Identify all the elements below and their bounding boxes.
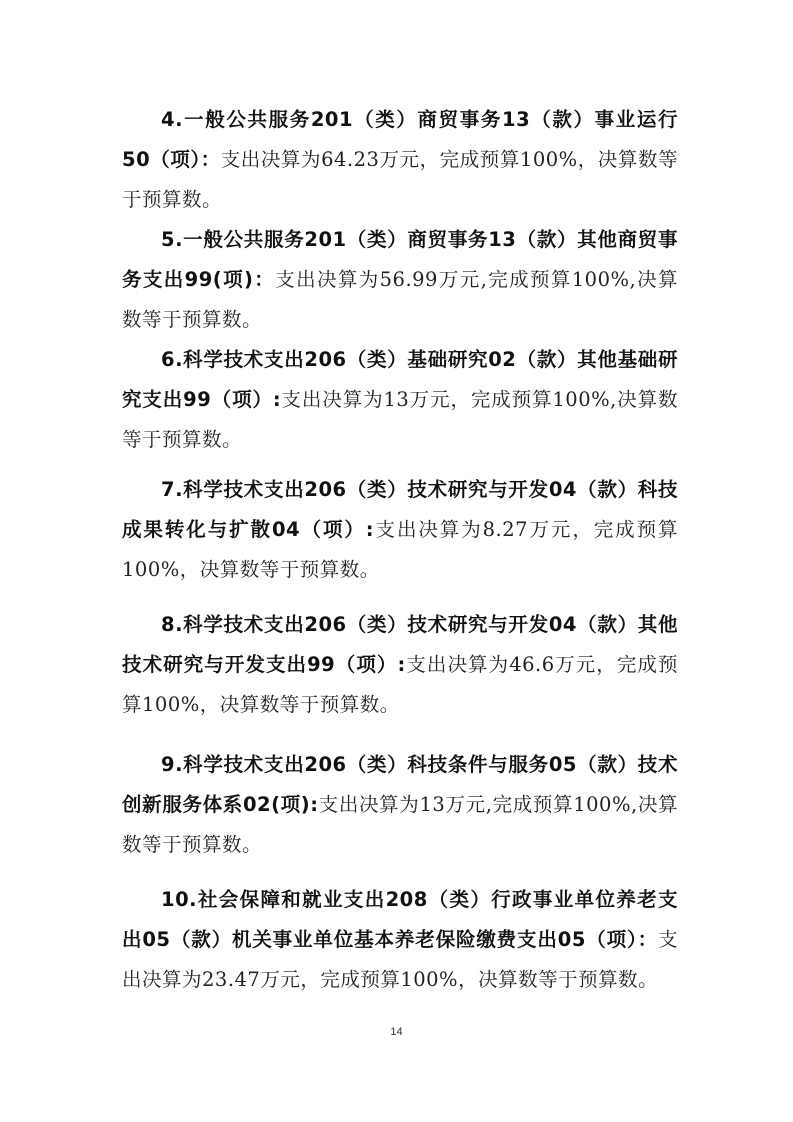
paragraph-item-7: 7.科学技术支出206（类）技术研究与开发04（款）科技成果转化与扩散04（项）…: [122, 470, 678, 590]
paragraph-heading: 10.社会保障和就业支出208（类）行政事业单位养老支出05（款）机关事业单位基…: [122, 888, 678, 951]
paragraph-item-10: 10.社会保障和就业支出208（类）行政事业单位养老支出05（款）机关事业单位基…: [122, 880, 678, 1000]
page-number: 14: [0, 1026, 793, 1038]
paragraph-item-4: 4.一般公共服务201（类）商贸事务13（款）事业运行50（项）：支出决算为64…: [122, 100, 678, 220]
paragraph-item-6: 6.科学技术支出206（类）基础研究02（款）其他基础研究支出99（项）:支出决…: [122, 340, 678, 460]
paragraph-item-8: 8.科学技术支出206（类）技术研究与开发04（款）其他技术研究与开发支出99（…: [122, 605, 678, 725]
document-page: 4.一般公共服务201（类）商贸事务13（款）事业运行50（项）：支出决算为64…: [0, 0, 793, 1122]
paragraph-item-9: 9.科学技术支出206（类）科技条件与服务05（款）技术创新服务体系02(项):…: [122, 745, 678, 865]
paragraph-item-5: 5.一般公共服务201（类）商贸事务13（款）其他商贸事务支出99(项)：支出决…: [122, 220, 678, 340]
